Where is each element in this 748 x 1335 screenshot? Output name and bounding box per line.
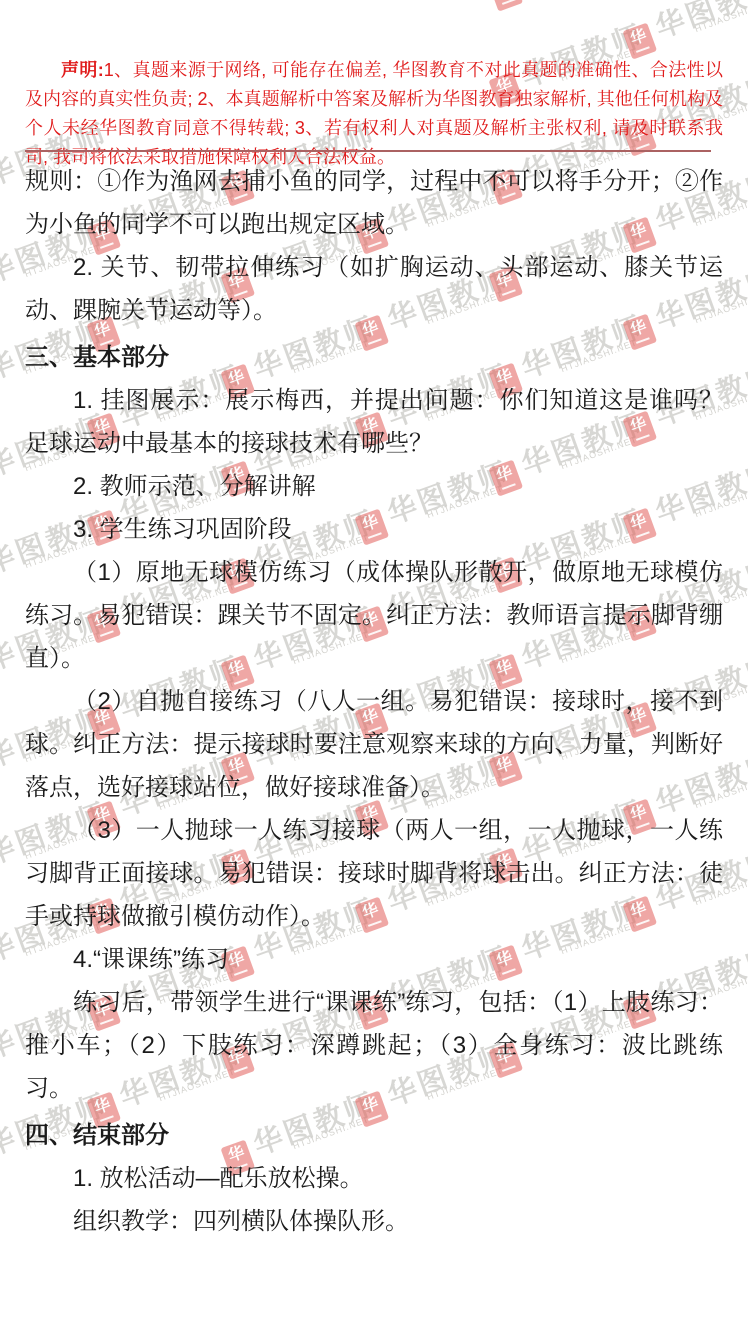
paragraph: 规则：①作为渔网去捕小鱼的同学，过程中不可以将手分开；②作为小鱼的同学不可以跑出… xyxy=(25,160,723,246)
section-heading: 四、结束部分 xyxy=(25,1114,723,1157)
paragraph: （3）一人抛球一人练习接球（两人一组，一人抛球，一人练习脚背正面接球。易犯错误：… xyxy=(25,809,723,938)
paragraph: 练习后，带领学生进行“课课练”练习，包括：（1）上肢练习：推小车；（2）下肢练习… xyxy=(25,981,723,1110)
watermark: 华华图教师HTJIAOSHI.NET xyxy=(484,0,649,10)
paragraph: 1. 挂图展示：展示梅西，并提出问题：你们知道这是谁吗？足球运动中最基本的接球技… xyxy=(25,379,723,465)
watermark: 华华图教师HTJIAOSHI.NET xyxy=(618,0,748,58)
document-page: 华华图教师HTJIAOSHI.NET华华图教师HTJIAOSHI.NET华华图教… xyxy=(0,0,748,1335)
section-heading: 三、基本部分 xyxy=(25,336,723,379)
divider-line xyxy=(25,150,711,152)
huatu-logo-badge-icon: 华 xyxy=(622,22,657,59)
paragraph: 3. 学生练习巩固阶段 xyxy=(25,508,723,551)
paragraph: 1. 放松活动—配乐放松操。 xyxy=(25,1157,723,1200)
paragraph: 组织教学：四列横队体操队形。 xyxy=(25,1200,723,1243)
huatu-logo-badge-icon: 华 xyxy=(488,0,523,11)
paragraph: 2. 教师示范、分解讲解 xyxy=(25,465,723,508)
paragraph: 2. 关节、韧带拉伸练习（如扩胸运动、头部运动、膝关节运动、踝腕关节运动等）。 xyxy=(25,246,723,332)
watermark-text-group: 华图教师HTJIAOSHI.NET xyxy=(649,0,748,46)
paragraph: 4.“课课练”练习 xyxy=(25,938,723,981)
paragraph: （1）原地无球模仿练习（成体操队形散开，做原地无球模仿练习。易犯错误：踝关节不固… xyxy=(25,551,723,680)
disclaimer-label: 声明: xyxy=(61,60,104,80)
watermark-brand-text: 华图教师 xyxy=(651,0,748,45)
watermark-domain-text: HTJIAOSHI.NET xyxy=(693,0,748,34)
paragraph: （2）自抛自接练习（八人一组。易犯错误：接球时，接不到球。纠正方法：提示接球时要… xyxy=(25,680,723,809)
document-body: 规则：①作为渔网去捕小鱼的同学，过程中不可以将手分开；②作为小鱼的同学不可以跑出… xyxy=(25,160,723,1243)
disclaimer: 声明:1、真题来源于网络, 可能存在偏差, 华图教育不对此真题的准确性、合法性以… xyxy=(25,56,723,172)
